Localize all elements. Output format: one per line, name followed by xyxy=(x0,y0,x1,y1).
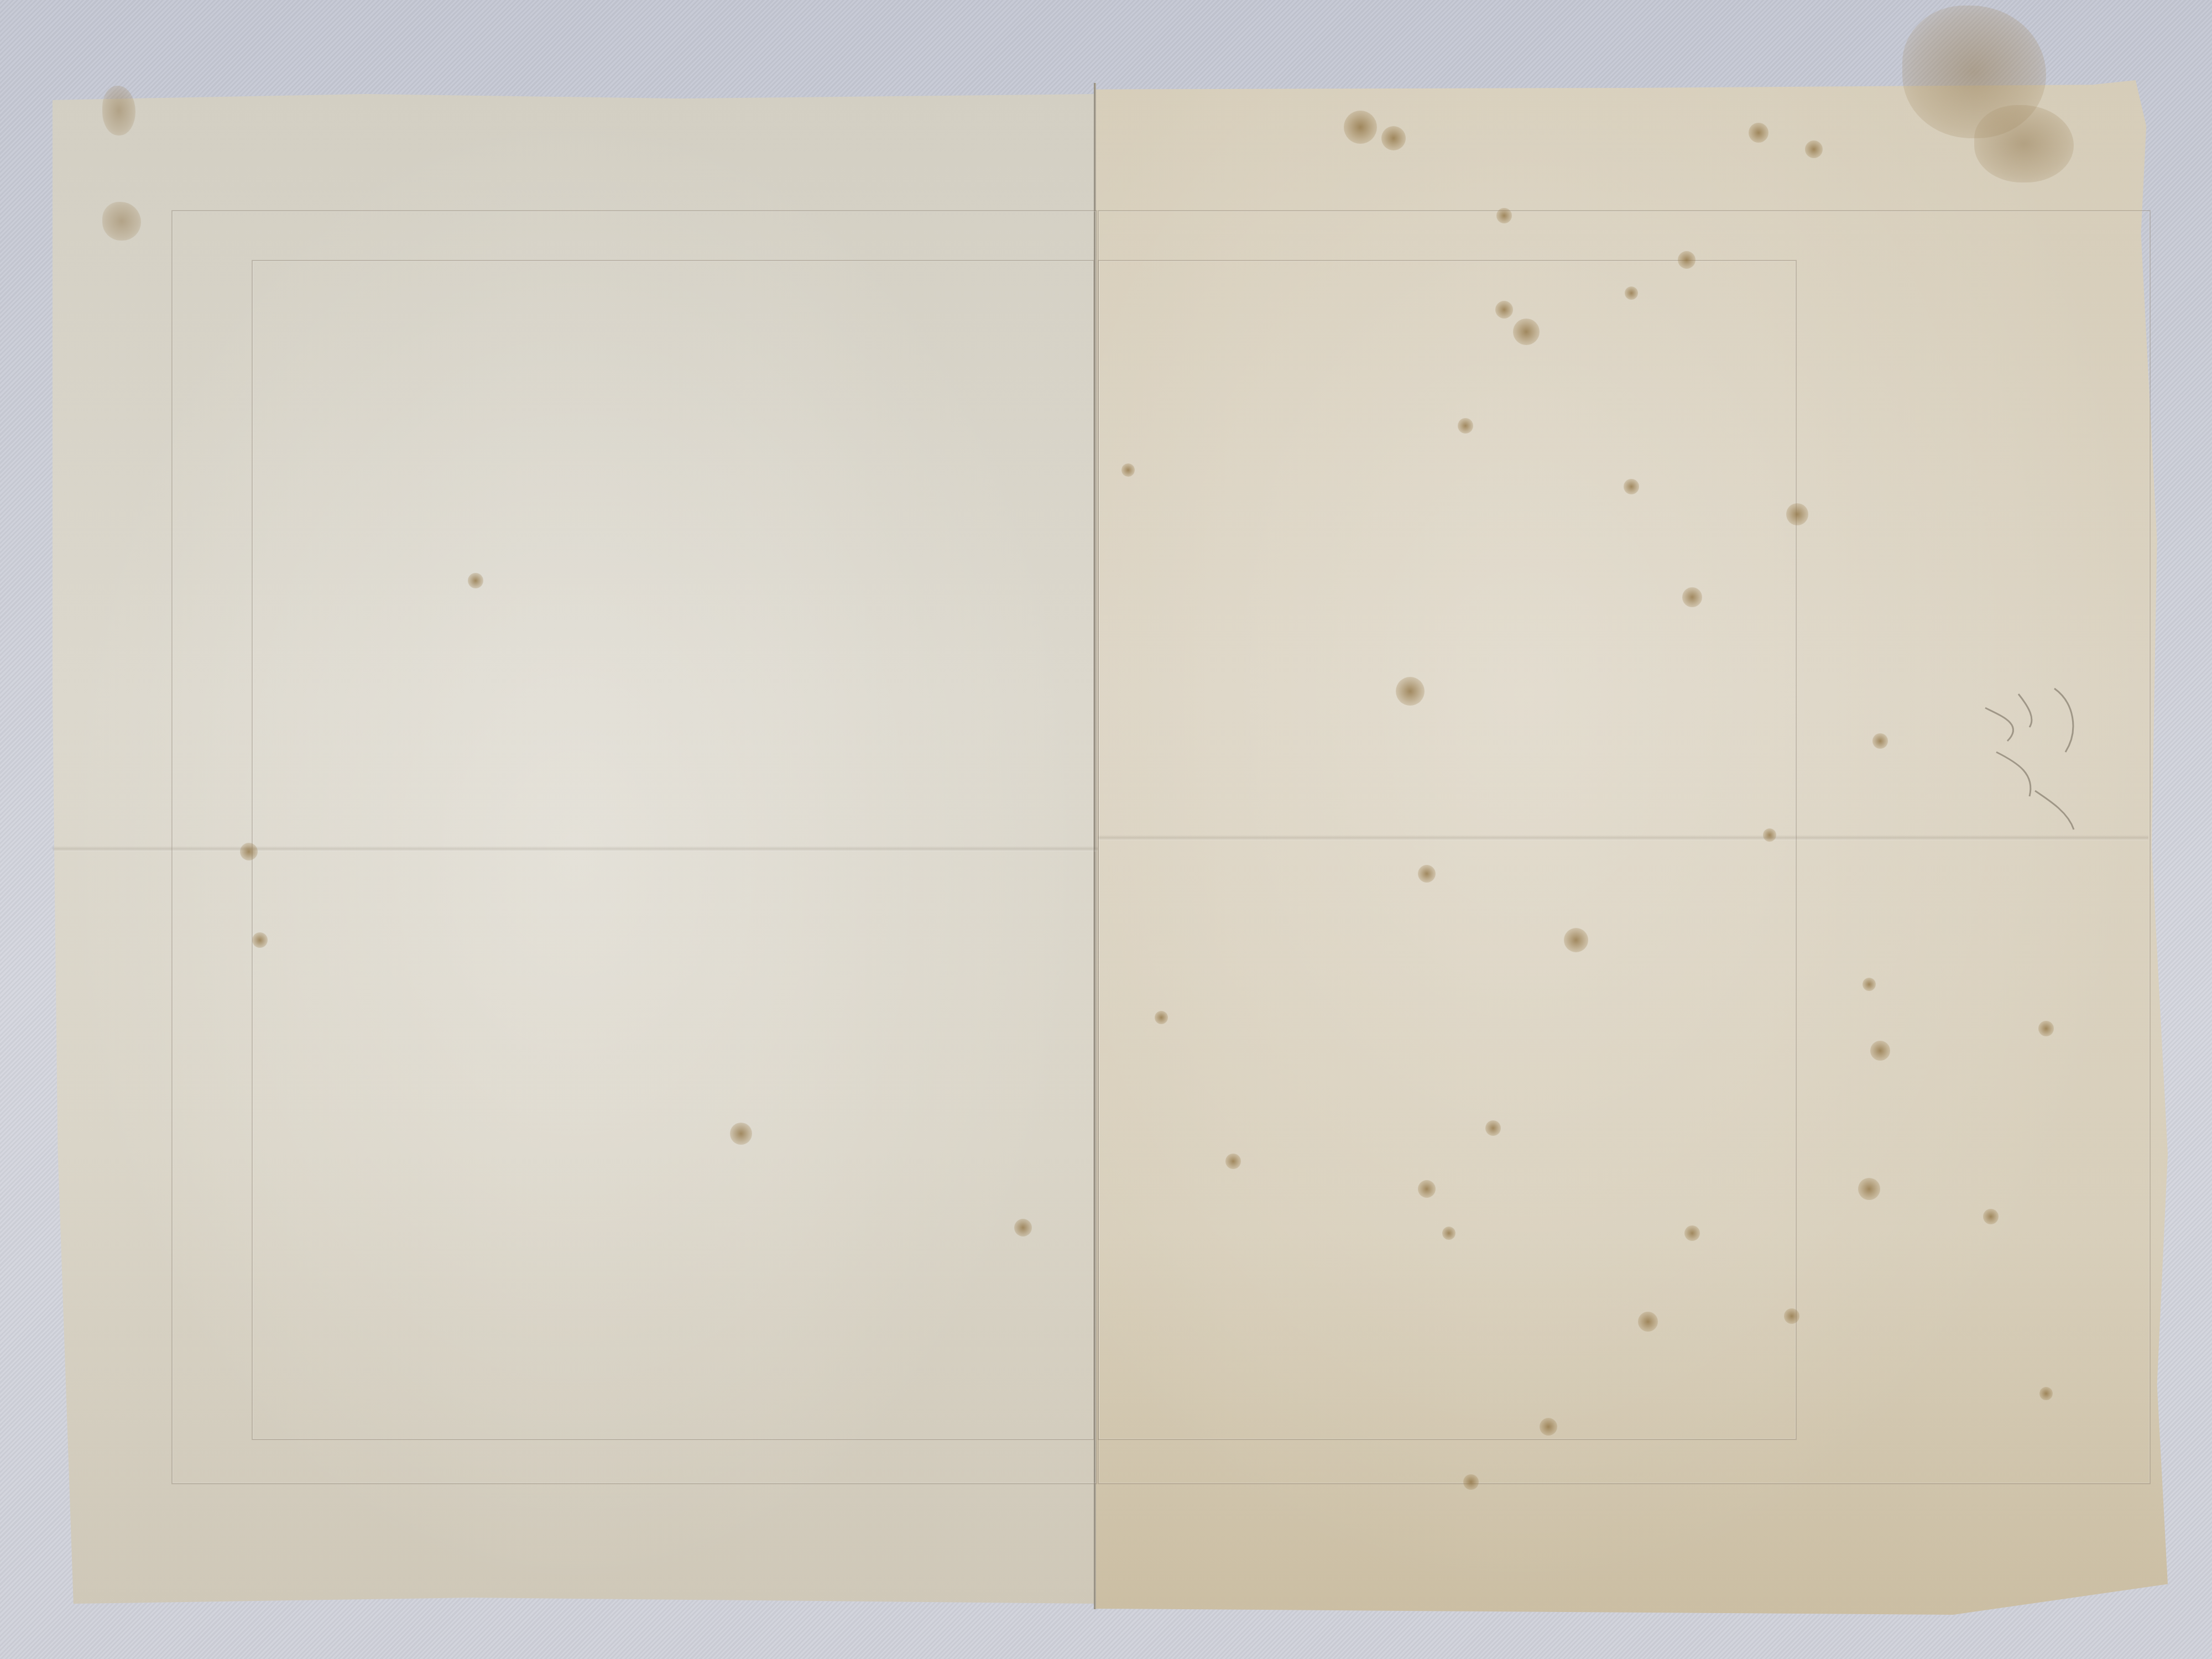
foxing-spot xyxy=(1513,319,1540,345)
foxing-spot xyxy=(1418,1180,1436,1198)
foxing-spot xyxy=(240,843,258,860)
stain xyxy=(1974,105,2074,182)
foxing-spot xyxy=(1863,978,1876,991)
foxing-spot xyxy=(1121,463,1135,477)
foxing-spot xyxy=(1625,286,1638,300)
foxing-spot xyxy=(1638,1312,1658,1332)
foxing-spot xyxy=(1344,111,1377,144)
foxing-spot xyxy=(1872,733,1888,749)
foxing-spot xyxy=(1485,1120,1501,1136)
foxing-spot xyxy=(1225,1154,1241,1169)
foxing-spot xyxy=(1684,1225,1700,1241)
foxing-spot xyxy=(1463,1474,1479,1490)
foxing-spot xyxy=(1786,503,1808,525)
foxing-spot xyxy=(1858,1178,1880,1200)
foxing-spot xyxy=(1682,587,1702,607)
foxing-spot xyxy=(1418,865,1436,883)
foxing-spot xyxy=(1381,126,1406,150)
foxing-spot xyxy=(1784,1308,1799,1324)
foxing-spot xyxy=(1155,1011,1168,1024)
foxing-spot xyxy=(1496,208,1512,223)
foxing-spot xyxy=(1495,301,1513,319)
foxing-spot xyxy=(1540,1418,1557,1436)
stain xyxy=(102,86,135,135)
paper-fiber-marks xyxy=(1947,664,2124,841)
foxing-spot xyxy=(1983,1209,1999,1224)
foxing-spot xyxy=(2039,1387,2053,1400)
foxing-spot xyxy=(1805,140,1823,158)
foxing-spot xyxy=(1763,828,1776,842)
plate-mark-inner-left xyxy=(252,260,1094,1440)
foxing-spot xyxy=(2038,1021,2054,1036)
foxing-spot xyxy=(1749,123,1768,143)
stain xyxy=(102,202,141,241)
foxing-spot xyxy=(1678,251,1695,269)
foxing-spot xyxy=(1014,1219,1032,1237)
foxing-spot xyxy=(1442,1227,1455,1240)
foxing-spot xyxy=(1564,928,1588,952)
foxing-spot xyxy=(1870,1041,1890,1061)
foxing-spot xyxy=(468,573,483,588)
foxing-spot xyxy=(252,932,268,948)
foxing-spot xyxy=(1458,418,1473,434)
foxing-spot xyxy=(1396,677,1425,706)
foxing-spot xyxy=(1624,479,1639,494)
plate-mark-inner-right xyxy=(1098,260,1797,1440)
foxing-spot xyxy=(730,1123,752,1145)
